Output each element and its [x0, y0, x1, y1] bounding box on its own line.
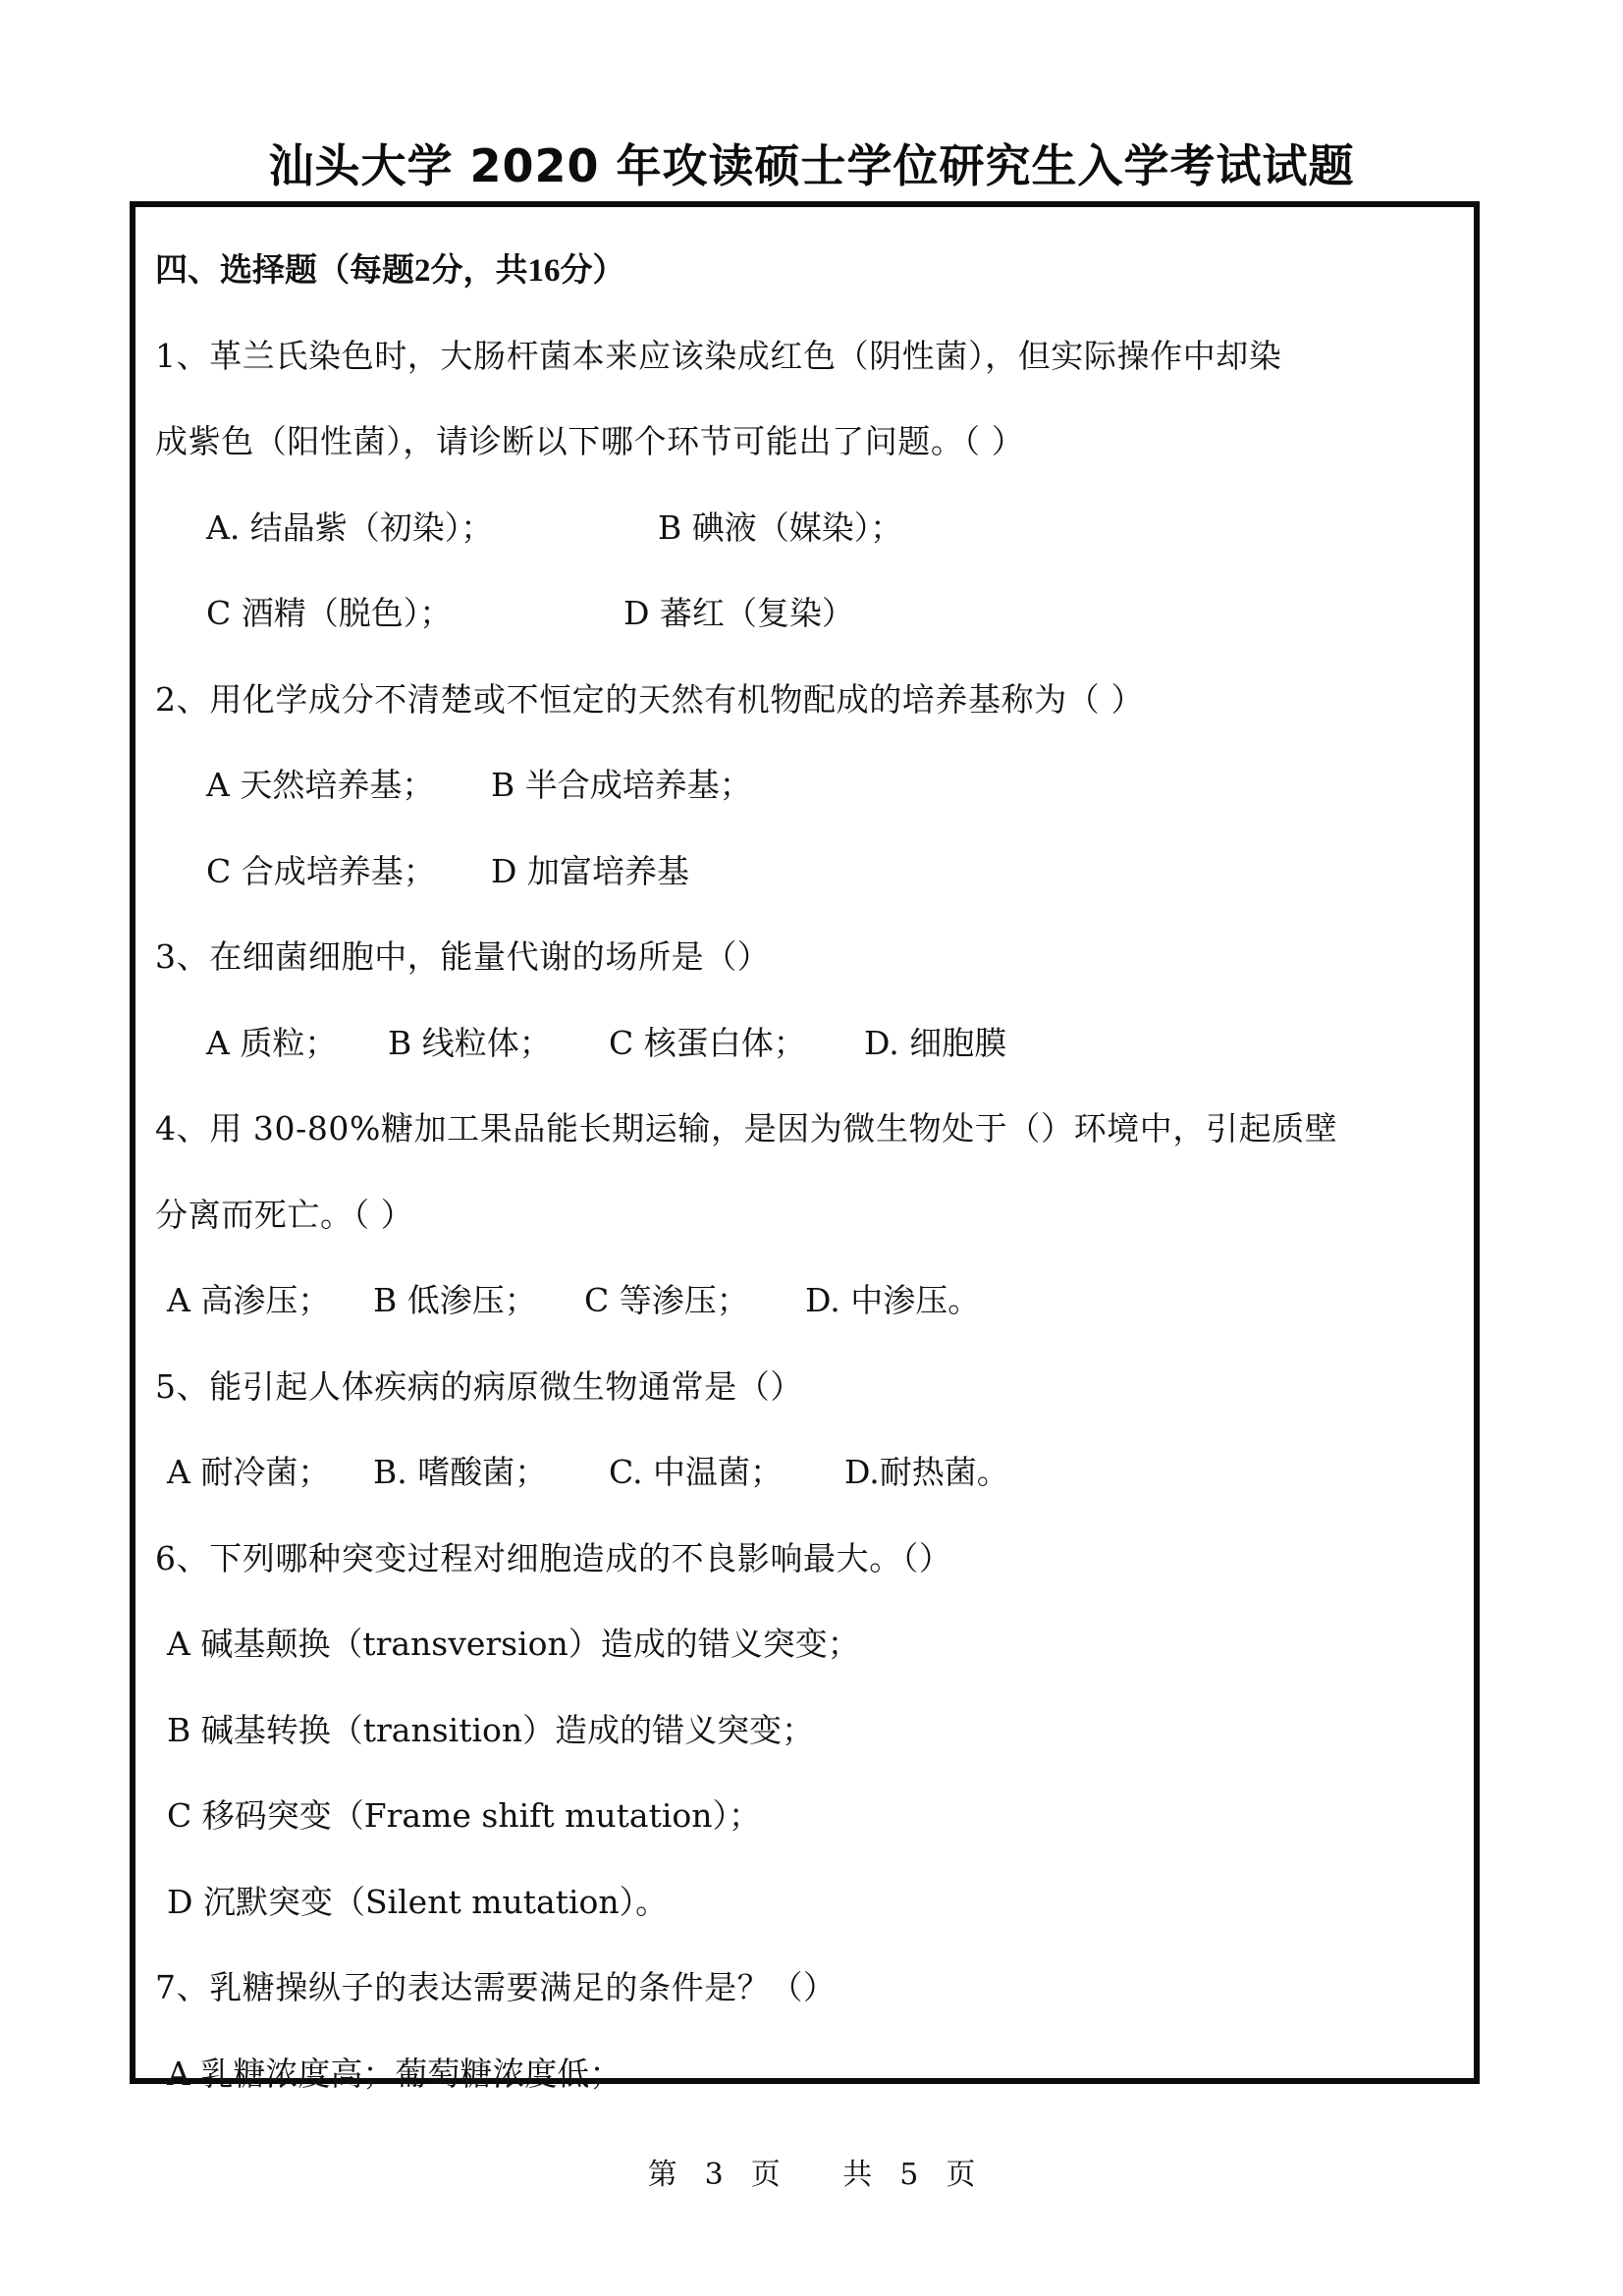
option-row: A. 结晶紫（初染）；B 碘液（媒染）； [155, 485, 1464, 571]
current-page-number: 3 [705, 2156, 724, 2195]
option-row: A 天然培养基；B 半合成培养基； [155, 742, 1464, 828]
page-label-prefix: 第 [648, 2156, 677, 2195]
question-5: 5、能引起人体疾病的病原微生物通常是（） A 耐冷菌；B. 嗜酸菌；C. 中温菌… [155, 1344, 1464, 1516]
question-1: 1、革兰氏染色时，大肠杆菌本来应该染成红色（阴性菌），但实际操作中却染 成紫色（… [155, 313, 1464, 657]
option-c: C. 中温菌； [609, 1429, 844, 1516]
option-a: A 碱基颠换（transversion）造成的错义突变； [155, 1601, 1464, 1687]
option-c: C 核蛋白体； [609, 1000, 864, 1087]
question-text: 2、用化学成分不清楚或不恒定的天然有机物配成的培养基称为（ ） [155, 657, 1464, 743]
page-footer: 第3页 共5页 [0, 2156, 1623, 2195]
option-row: C 酒精（脱色）；D 蕃红（复染） [155, 570, 1464, 657]
option-b: B 碱基转换（transition）造成的错义突变； [155, 1687, 1464, 1774]
option-d: D 沉默突变（Silent mutation）。 [155, 1859, 1464, 1946]
question-3: 3、在细菌细胞中，能量代谢的场所是（） A 质粒；B 线粒体；C 核蛋白体；D.… [155, 914, 1464, 1086]
option-c: C 等渗压； [584, 1257, 805, 1344]
option-c: C 合成培养基； [206, 828, 491, 915]
option-row: A 耐冷菌；B. 嗜酸菌；C. 中温菌；D.耐热菌。 [155, 1429, 1464, 1516]
page-title: 汕头大学 2020 年攻读硕士学位研究生入学考试试题 [0, 136, 1623, 195]
option-a: A 天然培养基； [206, 742, 491, 828]
question-2: 2、用化学成分不清楚或不恒定的天然有机物配成的培养基称为（ ） A 天然培养基；… [155, 657, 1464, 915]
option-c: C 移码突变（Frame shift mutation）； [155, 1773, 1464, 1859]
option-row: A 高渗压；B 低渗压；C 等渗压；D. 中渗压。 [155, 1257, 1464, 1344]
question-4: 4、用 30-80%糖加工果品能长期运输，是因为微生物处于（）环境中，引起质壁 … [155, 1086, 1464, 1344]
option-c: C 酒精（脱色）； [206, 570, 623, 657]
points-total: 16 [528, 253, 561, 289]
total-pages-number: 5 [899, 2156, 918, 2195]
section-header-suffix: 分） [561, 250, 625, 289]
option-a: A 耐冷菌； [167, 1429, 373, 1516]
question-text: 1、革兰氏染色时，大肠杆菌本来应该染成红色（阴性菌），但实际操作中却染 [155, 313, 1464, 400]
option-b: B. 嗜酸菌； [373, 1429, 609, 1516]
option-a: A 高渗压； [167, 1257, 373, 1344]
option-b: B 碘液（媒染）； [658, 485, 902, 571]
question-text: 5、能引起人体疾病的病原微生物通常是（） [155, 1344, 1464, 1430]
section-header: 四、选择题（每题2分，共16分） [155, 227, 1464, 313]
page-label-mid: 页 [751, 2156, 781, 2195]
option-d: D 加富培养基 [491, 828, 689, 915]
question-text: 6、下列哪种突变过程对细胞造成的不良影响最大。（） [155, 1516, 1464, 1602]
points-each: 2 [414, 253, 431, 289]
question-text: 7、乳糖操纵子的表达需要满足的条件是？（） [155, 1945, 1464, 2031]
option-d: D 蕃红（复染） [623, 570, 854, 657]
option-b: B 半合成培养基； [491, 742, 752, 828]
section-header-mid: 分，共 [431, 250, 528, 289]
option-b: B 线粒体； [388, 1000, 609, 1087]
option-d: D. 中渗压。 [805, 1257, 980, 1344]
option-d: D.耐热菌。 [844, 1429, 1009, 1516]
page-label-suffix: 页 [946, 2156, 975, 2195]
question-section: 四、选择题（每题2分，共16分） 1、革兰氏染色时，大肠杆菌本来应该染成红色（阴… [155, 227, 1464, 2116]
option-d: D. 细胞膜 [864, 1000, 1006, 1087]
option-a: A 质粒； [206, 1000, 388, 1087]
question-text: 4、用 30-80%糖加工果品能长期运输，是因为微生物处于（）环境中，引起质壁 [155, 1086, 1464, 1172]
total-label-prefix: 共 [842, 2156, 872, 2195]
exam-content-box: 四、选择题（每题2分，共16分） 1、革兰氏染色时，大肠杆菌本来应该染成红色（阴… [130, 201, 1480, 2084]
option-a: A 乳糖浓度高；葡萄糖浓度低； [155, 2031, 1464, 2117]
option-a: A. 结晶紫（初染）； [206, 485, 658, 571]
option-row: C 合成培养基；D 加富培养基 [155, 828, 1464, 915]
section-header-prefix: 四、选择题（每题 [155, 250, 414, 289]
question-text: 3、在细菌细胞中，能量代谢的场所是（） [155, 914, 1464, 1000]
question-7: 7、乳糖操纵子的表达需要满足的条件是？（） A 乳糖浓度高；葡萄糖浓度低； [155, 1945, 1464, 2116]
option-b: B 低渗压； [373, 1257, 584, 1344]
question-text: 分离而死亡。（ ） [155, 1172, 1464, 1258]
question-text: 成紫色（阳性菌），请诊断以下哪个环节可能出了问题。（ ） [155, 399, 1464, 485]
question-6: 6、下列哪种突变过程对细胞造成的不良影响最大。（） A 碱基颠换（transve… [155, 1516, 1464, 1946]
option-row: A 质粒；B 线粒体；C 核蛋白体；D. 细胞膜 [155, 1000, 1464, 1087]
